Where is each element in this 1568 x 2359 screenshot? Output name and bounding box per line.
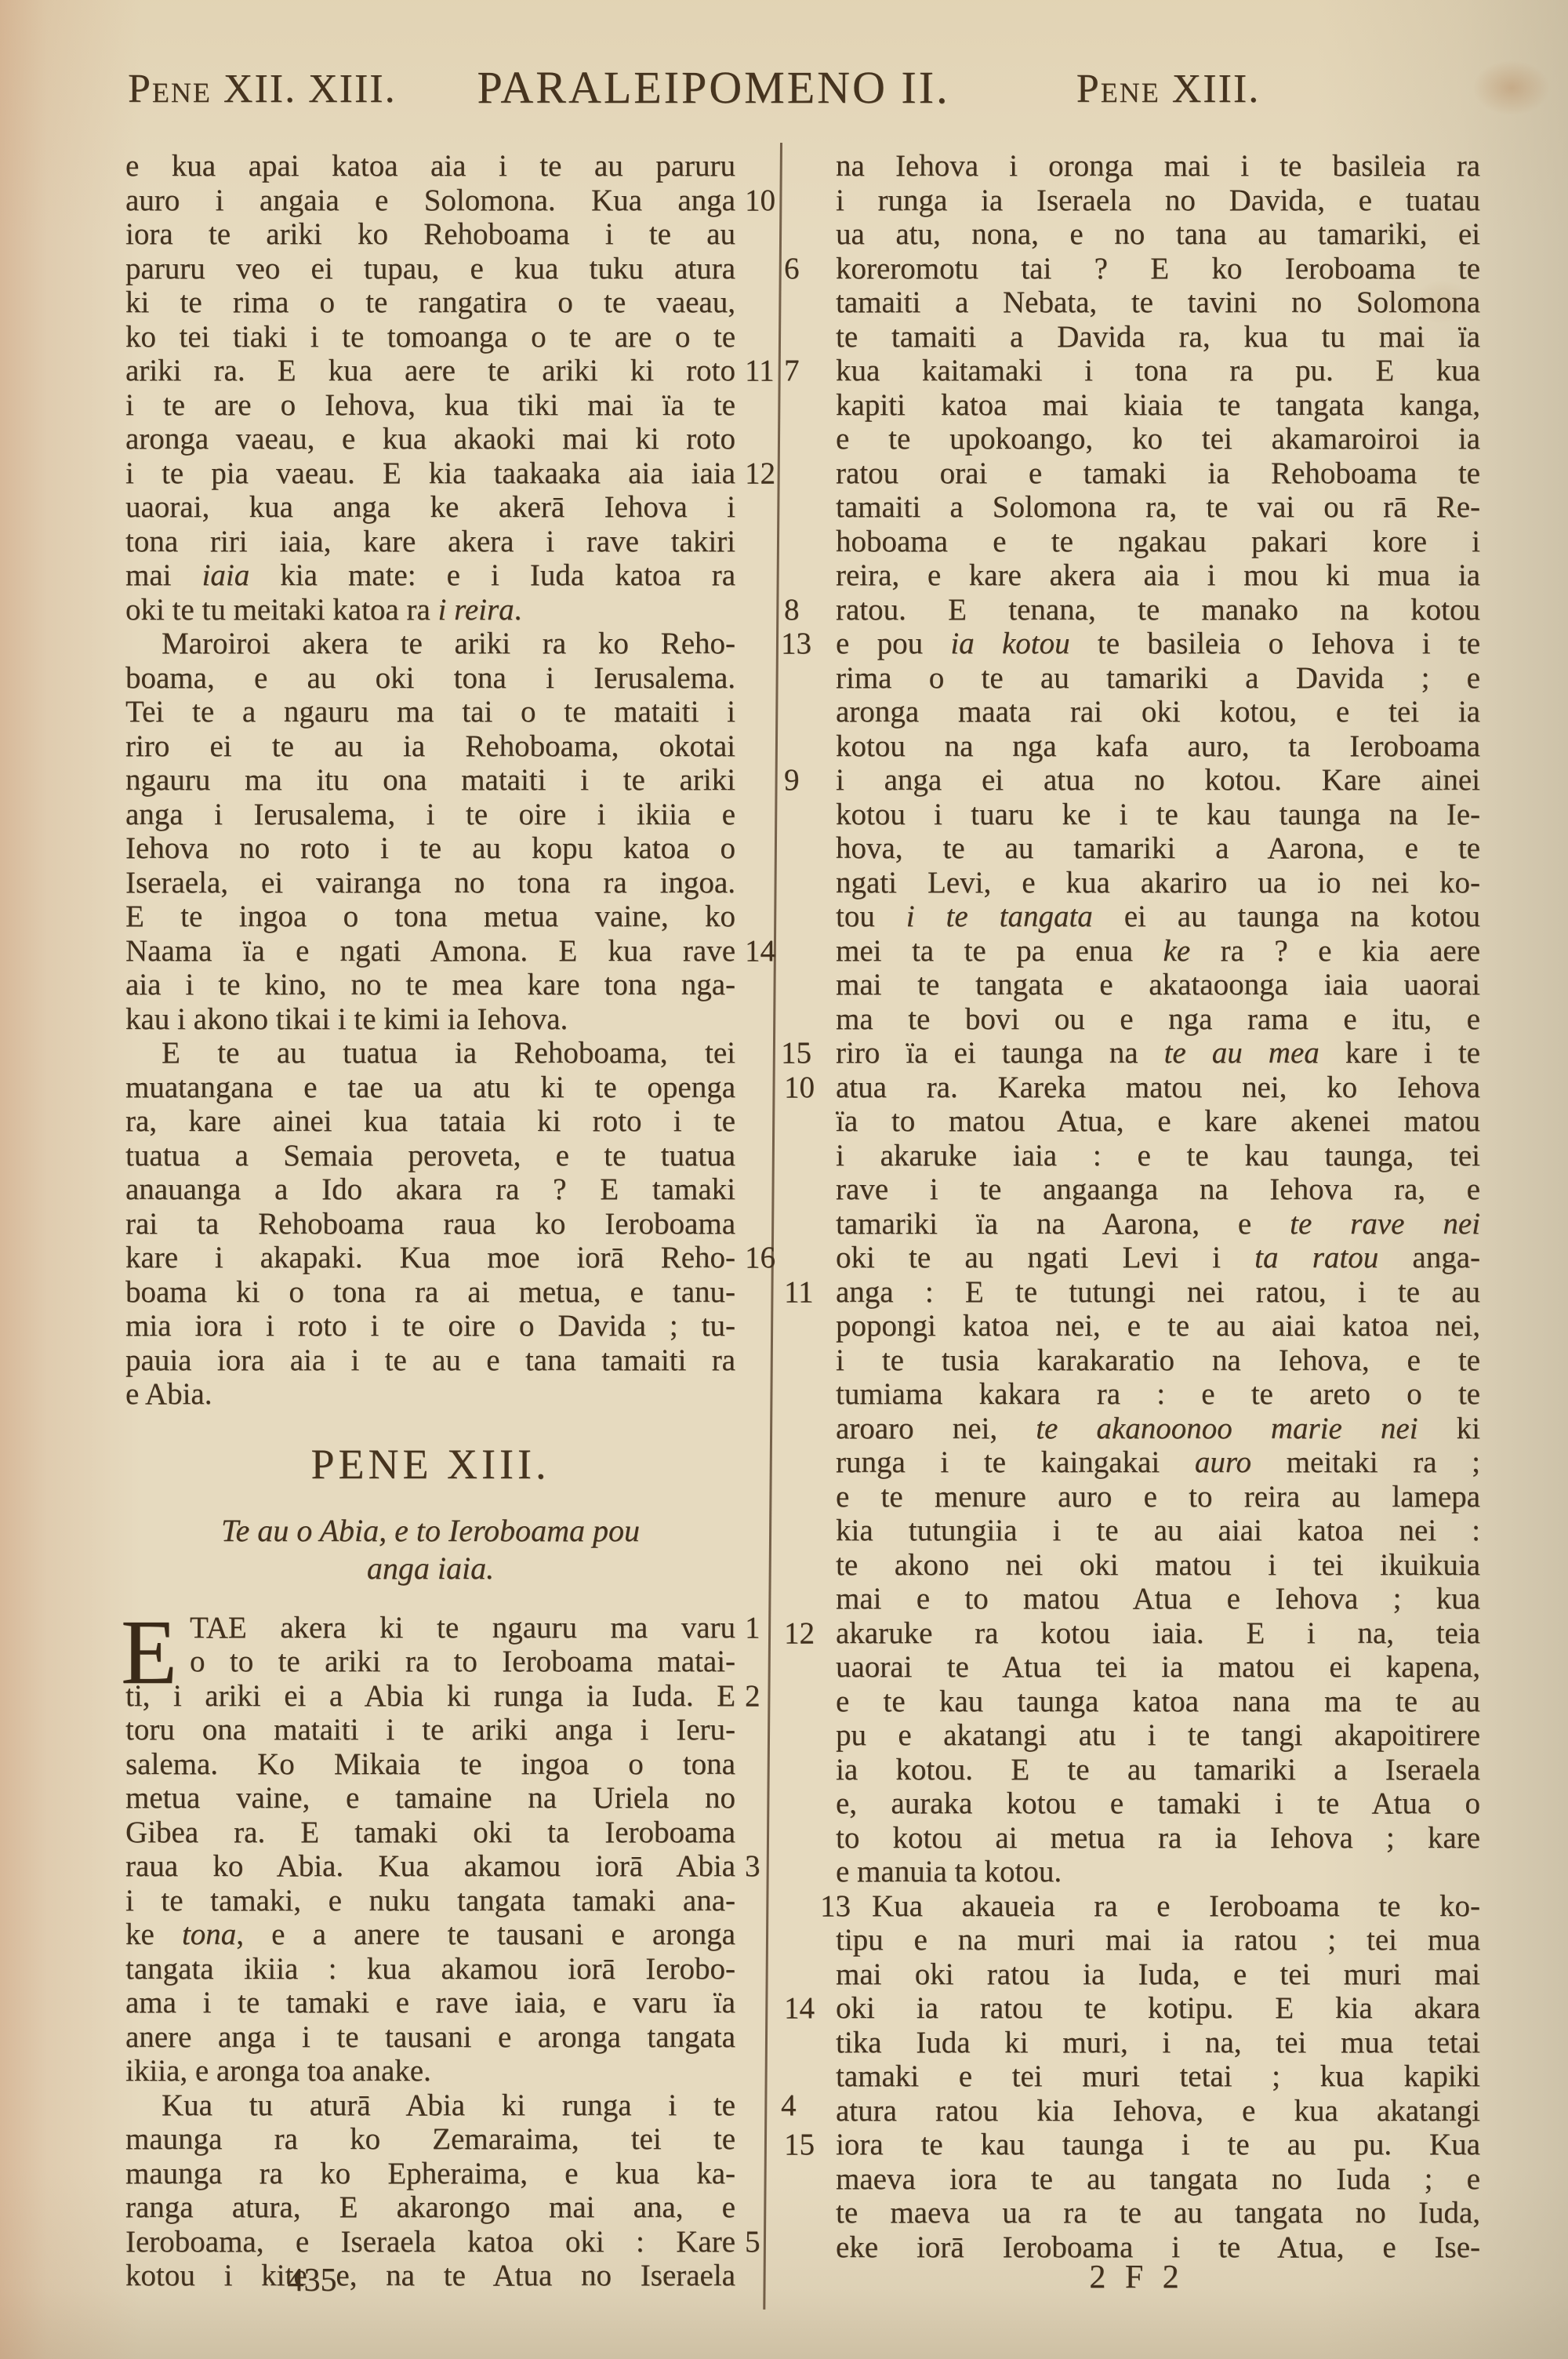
text-line: kotou i kite e, na te Atua no Iseraela bbox=[125, 2259, 735, 2293]
text-line: i te tusia karakaratio na Iehova, e te bbox=[836, 1343, 1480, 1378]
text-line: E te au tuatua ia Rehoboama, tei15 bbox=[125, 1036, 735, 1070]
verse-number: 1 bbox=[745, 1611, 786, 1645]
text-line: hoboama e te ngakau pakari kore i bbox=[836, 525, 1480, 559]
text-line: ngati Levi, e kua akariro ua io nei ko- bbox=[836, 866, 1480, 900]
text-line: te akono nei oki matou i tei ikuikuia bbox=[836, 1548, 1480, 1583]
text-line: ti, i ariki ei a Abia ki runga ia Iuda. … bbox=[125, 1679, 735, 1714]
text-line: TAE akera ki te ngauru ma varu1 bbox=[190, 1611, 735, 1645]
verse-number: 7 bbox=[784, 354, 825, 388]
text-line: o to te ariki ra to Ieroboama matai- bbox=[190, 1645, 735, 1679]
text-line: ia kotou. E te au tamariki a Iseraela bbox=[836, 1753, 1480, 1787]
verse-number: 4 bbox=[745, 2088, 786, 2123]
text-line: kia tutungiia i te au aiai katoa nei : bbox=[836, 1514, 1480, 1548]
running-head-title: PARALEIPOMENO II. bbox=[443, 61, 984, 114]
verse-number: 9 bbox=[784, 763, 825, 798]
text-line: rai ta Rehoboama raua ko Ieroboama bbox=[125, 1207, 735, 1241]
text-line: atura ratou kia Iehova, e kua akatangi bbox=[836, 2094, 1480, 2128]
verse-number: 8 bbox=[784, 593, 825, 627]
text-line: Ieroboama, e Iseraela katoa oki : Kare5 bbox=[125, 2225, 735, 2259]
verse-number: 12 bbox=[784, 1616, 825, 1651]
text-line: tamaki e tei muri tetai ; kua kapiki bbox=[836, 2059, 1480, 2094]
text-line: maunga ra ko Epheraima, e kua ka- bbox=[125, 2157, 735, 2191]
text-line: i te tamaki, e nuku tangata tamaki ana- bbox=[125, 1884, 735, 1918]
text-line: ko tei tiaki i te tomoanga o te are o te bbox=[125, 320, 735, 354]
text-line: paruru veo ei tupau, e kua tuku atura bbox=[125, 252, 735, 286]
text-line: kau i akono tikai i te kimi ia Iehova. bbox=[125, 1002, 735, 1037]
text-line: kua kaitamaki i tona ra pu. E kua7 bbox=[836, 354, 1480, 388]
text-line: iora te kau taunga i te au pu. Kua15 bbox=[836, 2128, 1480, 2162]
text-line: salema. Ko Mikaia te ingoa o tona bbox=[125, 1747, 735, 1782]
text-line: tuatua a Semaia peroveta, e te tuatua bbox=[125, 1139, 735, 1173]
text-line: riro ei te au ia Rehoboama, okotai bbox=[125, 729, 735, 764]
text-line: ua atu, nona, e no tana au tamariki, ei bbox=[836, 217, 1480, 252]
text-line: i anga ei atua no kotou. Kare ainei9 bbox=[836, 763, 1480, 798]
text-line: tou i te tangata ei au taunga na kotou bbox=[836, 900, 1480, 934]
text-line: e te menure auro e to reira au lamepa bbox=[836, 1480, 1480, 1514]
verse-number: 12 bbox=[745, 456, 786, 491]
verse-number: 10 bbox=[745, 184, 786, 218]
text-line: pu e akatangi atu i te tangi akapoitirer… bbox=[836, 1718, 1480, 1753]
text-line: e kua apai katoa aia i te au paruru bbox=[125, 149, 735, 184]
text-line: aronga vaeau, e kua akaoki mai ki roto bbox=[125, 422, 735, 456]
text-line: tamariki ïa na Aarona, e te rave nei bbox=[836, 1207, 1480, 1241]
text-line: Kua akaueia ra e Ieroboama te ko-13 bbox=[836, 1889, 1480, 1924]
text-line: ranga atura, E akarongo mai ana, e bbox=[125, 2190, 735, 2225]
text-line: mai te tangata e akataoonga iaia uaorai bbox=[836, 968, 1480, 1002]
text-line: ki te rima o te rangatira o te vaeau, bbox=[125, 285, 735, 320]
text-line: koreromotu tai ? E ko Ieroboama te6 bbox=[836, 252, 1480, 286]
text-line: mai oki ratou ia Iuda, e tei muri mai bbox=[836, 1957, 1480, 1992]
text-line: e te kau taunga katoa nana ma te au bbox=[836, 1685, 1480, 1719]
text-line: e Abia. bbox=[125, 1377, 735, 1412]
text-line: ratou orai e tamaki ia Rehoboama te bbox=[836, 456, 1480, 491]
verse-number: 11 bbox=[745, 354, 786, 388]
text-line: boama, e au oki tona i Ierusalema. bbox=[125, 661, 735, 696]
text-line: Gibea ra. E tamaki oki ta Ieroboama bbox=[125, 1816, 735, 1850]
text-line: e pou ia kotou te basileia o Iehova i te bbox=[836, 627, 1480, 661]
text-line: kotou na nga kafa auro, ta Ieroboama bbox=[836, 729, 1480, 764]
text-line: toru ona mataiti i te ariki anga i Ieru- bbox=[125, 1713, 735, 1747]
verse-number: 10 bbox=[784, 1070, 825, 1105]
text-line: Kua tu aturā Abia ki runga i te4 bbox=[125, 2088, 735, 2123]
chapter-13-paragraph: ETAE akera ki te ngauru ma varu1o to te … bbox=[125, 1611, 735, 2293]
text-line: kapiti katoa mai kiaia te tangata kanga, bbox=[836, 388, 1480, 423]
text-line: anga i Ierusalema, i te oire i ikiia e bbox=[125, 798, 735, 832]
text-line: uaorai te Atua tei ia matou ei kapena, bbox=[836, 1650, 1480, 1685]
page-number: 435 bbox=[253, 2262, 371, 2299]
text-line: tona riri iaia, kare akera i rave takiri bbox=[125, 525, 735, 559]
text-line: iora te ariki ko Rehoboama i te au bbox=[125, 217, 735, 252]
text-line: Iseraela, ei vairanga no tona ra ingoa. bbox=[125, 866, 735, 900]
text-line: muatangana e tae ua atu ki te openga bbox=[125, 1070, 735, 1105]
text-line: hova, te au tamariki a Aarona, e te bbox=[836, 831, 1480, 866]
verse-number: 14 bbox=[784, 1991, 825, 2026]
verse-number: 13 bbox=[784, 1889, 825, 1924]
text-line: boama ki o tona ra ai metua, e tanu- bbox=[125, 1275, 735, 1310]
verse-number: 3 bbox=[745, 1849, 786, 1884]
text-line: riro ïa ei taunga na te au mea kare i te bbox=[836, 1036, 1480, 1070]
text-line: ngauru ma itu ona mataiti i te ariki bbox=[125, 763, 735, 798]
text-line: tumiama kakara ra : e te areto o te bbox=[836, 1377, 1480, 1412]
text-line: tamaiti a Nebata, te tavini no Solomona bbox=[836, 285, 1480, 320]
right-text-column: na Iehova i oronga mai i te basileia rai… bbox=[836, 149, 1480, 2264]
text-line: e te upokoango, ko tei akamaroiroi ia bbox=[836, 422, 1480, 456]
text-line: mai iaia kia mate: e i Iuda katoa ra bbox=[125, 558, 735, 593]
chapter-subtitle-line: anga iaia. bbox=[125, 1550, 735, 1587]
text-line: Maroiroi akera te ariki ra ko Reho-13 bbox=[125, 627, 735, 661]
text-line: oki te tu meitaki katoa ra i reira. bbox=[125, 593, 735, 627]
text-line: kare i akapaki. Kua moe iorā Reho-16 bbox=[125, 1241, 735, 1275]
text-line: Iehova no roto i te au kopu katoa o bbox=[125, 831, 735, 866]
text-line: aroaro nei, te akanoonoo marie nei ki bbox=[836, 1412, 1480, 1446]
text-line: anere anga i te tausani e aronga tangata bbox=[125, 2020, 735, 2055]
text-line: auro i angaia e Solomona. Kua anga10 bbox=[125, 184, 735, 218]
signature-mark: 2 F 2 bbox=[1062, 2259, 1211, 2296]
text-line: rave i te angaanga na Iehova ra, e bbox=[836, 1172, 1480, 1207]
text-line: tangata ikiia : kua akamou iorā Ierobo- bbox=[125, 1952, 735, 1986]
text-line: maunga ra ko Zemaraima, tei te bbox=[125, 2122, 735, 2157]
verse-number: 16 bbox=[745, 1241, 786, 1275]
text-line: E te ingoa o tona metua vaine, ko bbox=[125, 900, 735, 934]
running-head-right: Pene XIII. bbox=[1043, 66, 1294, 112]
text-line: i te pia vaeau. E kia taakaaka aia iaia1… bbox=[125, 456, 735, 491]
text-line: ke tona, e a anere te tausani e aronga bbox=[125, 1917, 735, 1952]
text-line: ama i te tamaki e rave iaia, e varu ïa bbox=[125, 1986, 735, 2020]
text-line: ma te bovi ou e nga rama e itu, e bbox=[836, 1002, 1480, 1037]
text-line: te maeva ua ra te au tangata no Iuda, bbox=[836, 2196, 1480, 2230]
text-line: i te are o Iehova, kua tiki mai ïa te bbox=[125, 388, 735, 423]
text-line: tamaiti a Solomona ra, te vai ou rā Re- bbox=[836, 490, 1480, 525]
verse-number: 5 bbox=[745, 2225, 786, 2259]
text-line: tipu e na muri mai ia ratou ; tei mua bbox=[836, 1923, 1480, 1957]
text-line: metua vaine, e tamaine na Uriela no bbox=[125, 1781, 735, 1816]
text-line: to kotou ai metua ra ia Iehova ; kare bbox=[836, 1821, 1480, 1856]
text-line: maeva iora te au tangata no Iuda ; e bbox=[836, 2162, 1480, 2197]
text-line: oki ia ratou te kotipu. E kia akara14 bbox=[836, 1991, 1480, 2026]
text-line: reira, e kare akera aia i mou ki mua ia bbox=[836, 558, 1480, 593]
book-page: Pene XII. XIII. PARALEIPOMENO II. Pene X… bbox=[0, 0, 1568, 2359]
verse-number: 13 bbox=[745, 627, 786, 661]
text-line: popongi katoa nei, e te au aiai katoa ne… bbox=[836, 1309, 1480, 1343]
verse-number: 14 bbox=[745, 934, 786, 969]
text-line: Naama ïa e ngati Amona. E kua rave14 bbox=[125, 934, 735, 969]
chapter-subtitle: Te au o Abia, e to Ieroboama pouanga iai… bbox=[125, 1512, 735, 1587]
text-line: anauanga a Ido akara ra ? E tamaki bbox=[125, 1172, 735, 1207]
text-line: ratou. E tenana, te manako na kotou8 bbox=[836, 593, 1480, 627]
text-line: aia i te kino, no te mea kare tona nga- bbox=[125, 968, 735, 1002]
text-line: Tei te a ngauru ma tai o te mataiti i bbox=[125, 695, 735, 729]
text-line: rima o te au tamariki a Davida ; e bbox=[836, 661, 1480, 696]
verse-number: 2 bbox=[745, 1679, 786, 1714]
text-line: atua ra. Kareka matou nei, ko Iehova10 bbox=[836, 1070, 1480, 1105]
text-line: tika Iuda ki muri, i na, tei mua tetai bbox=[836, 2026, 1480, 2060]
verse-number: 15 bbox=[784, 2128, 825, 2162]
text-line: runga i te kaingakai auro meitaki ra ; bbox=[836, 1445, 1480, 1480]
verse-number: 15 bbox=[745, 1036, 786, 1070]
chapter-heading: PENE XIII. bbox=[125, 1448, 735, 1496]
text-line: te tamaiti a Davida ra, kua tu mai ïa bbox=[836, 320, 1480, 354]
text-line: kotou i tuaru ke i te kau taunga na Ie- bbox=[836, 798, 1480, 832]
text-line: aronga maata rai oki kotou, e tei ia bbox=[836, 695, 1480, 729]
left-text-column: e kua apai katoa aia i te au paruruauro … bbox=[125, 149, 735, 2293]
text-line: anga : E te tutungi nei ratou, i te au11 bbox=[836, 1275, 1480, 1310]
text-line: ïa to matou Atua, e kare akenei matou bbox=[836, 1104, 1480, 1139]
text-line: mai e to matou Atua e Iehova ; kua bbox=[836, 1582, 1480, 1616]
text-line: e, auraka kotou e tamaki i te Atua o bbox=[836, 1787, 1480, 1821]
text-line: i akaruke iaia : e te kau taunga, tei bbox=[836, 1139, 1480, 1173]
text-line: oki te au ngati Levi i ta ratou anga- bbox=[836, 1241, 1480, 1275]
text-line: akaruke ra kotou iaia. E i na, teia12 bbox=[836, 1616, 1480, 1651]
text-line: i runga ia Iseraela no Davida, e tuatau bbox=[836, 184, 1480, 218]
text-line: ariki ra. E kua aere te ariki ki roto11 bbox=[125, 354, 735, 388]
text-line: uaorai, kua anga ke akerā Iehova i bbox=[125, 490, 735, 525]
text-line: mia iora i roto i te oire o Davida ; tu- bbox=[125, 1309, 735, 1343]
chapter-subtitle-line: Te au o Abia, e to Ieroboama pou bbox=[125, 1512, 735, 1550]
text-line: pauia iora aia i te au e tana tamaiti ra bbox=[125, 1343, 735, 1378]
verse-number: 6 bbox=[784, 252, 825, 286]
running-head-left: Pene XII. XIII. bbox=[128, 66, 397, 112]
text-line: mei ta te pa enua ke ra ? e kia aere bbox=[836, 934, 1480, 969]
text-line: raua ko Abia. Kua akamou iorā Abia3 bbox=[125, 1849, 735, 1884]
text-line: ra, kare ainei kua tataia ki roto i te bbox=[125, 1104, 735, 1139]
text-line: ikiia, e aronga toa anake. bbox=[125, 2054, 735, 2088]
verse-number: 11 bbox=[784, 1275, 825, 1310]
text-line: e manuia ta kotou. bbox=[836, 1855, 1480, 1889]
text-line: na Iehova i oronga mai i te basileia ra bbox=[836, 149, 1480, 184]
